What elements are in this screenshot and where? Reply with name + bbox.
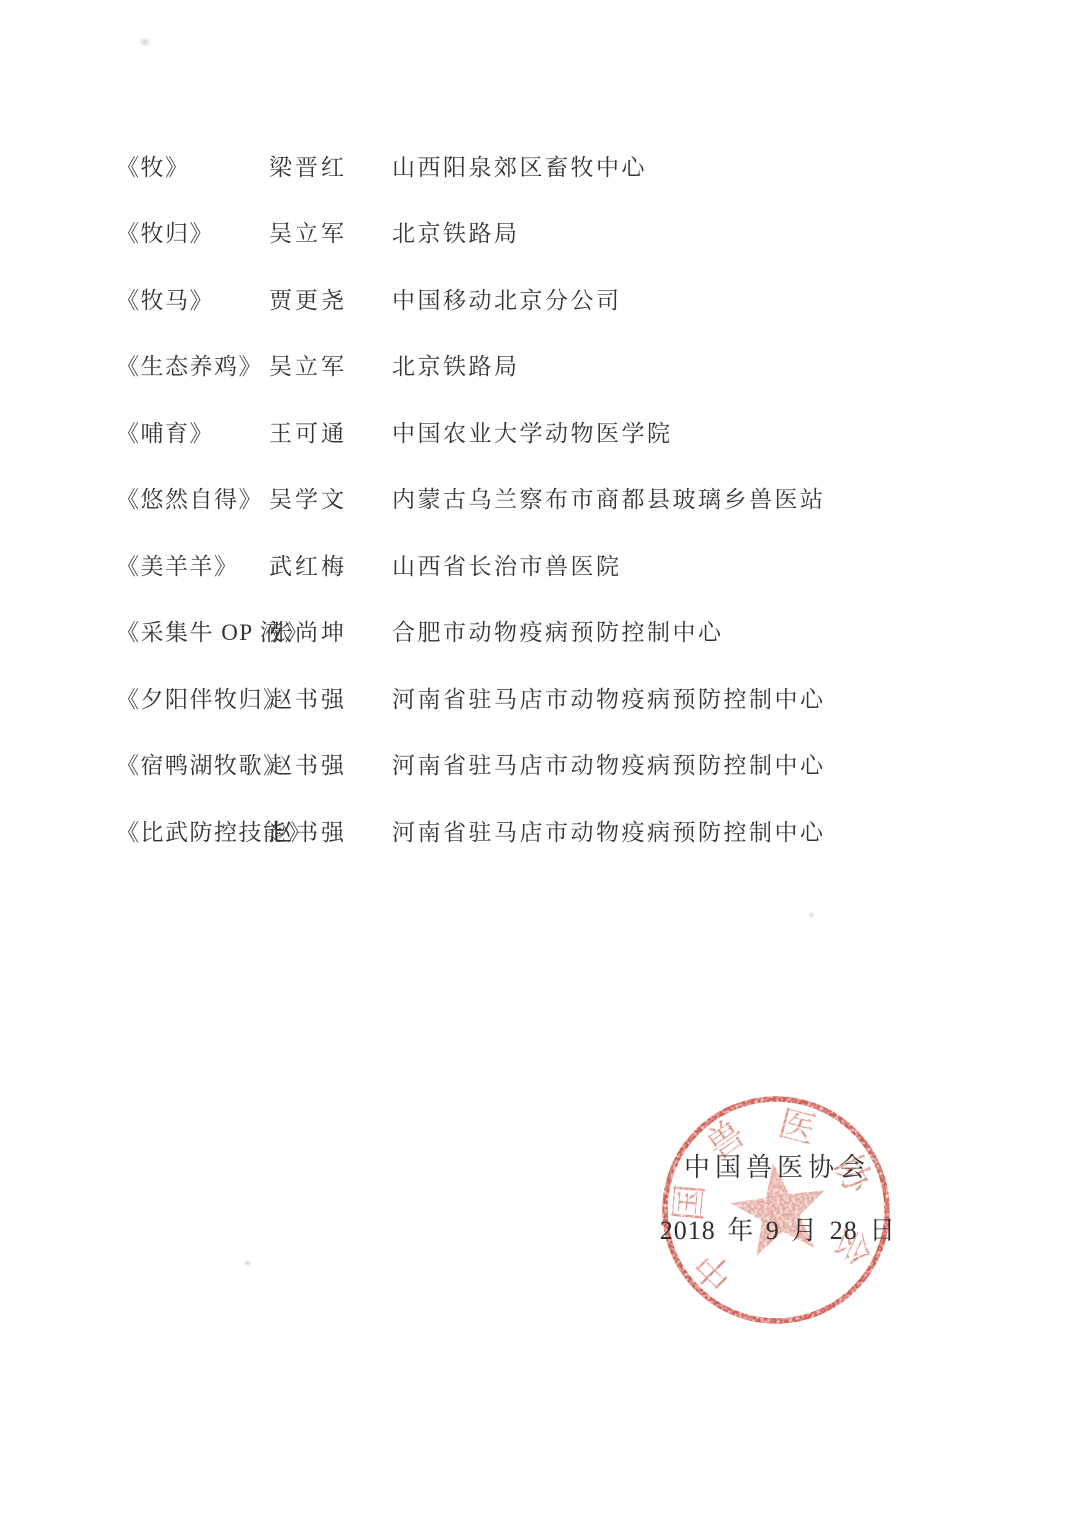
artwork-title: 《悠然自得》 — [0, 481, 269, 514]
seal-ring-char: 中 — [687, 1243, 743, 1299]
organization: 河南省驻马店市动物疫病预防控制中心 — [392, 747, 1080, 780]
organization: 中国移动北京分公司 — [392, 282, 1080, 315]
signature-organization: 中国兽医协会 — [627, 1147, 927, 1184]
organization: 河南省驻马店市动物疫病预防控制中心 — [392, 814, 1080, 847]
scanned-document-page: 《牧》 梁晋红 山西阳泉郊区畜牧中心 《牧归》 吴立军 北京铁路局 《牧马》 贾… — [0, 0, 1080, 1528]
signature-date: 2018 年 9 月 28 日 — [628, 1210, 928, 1247]
table-row: 《悠然自得》 吴学文 内蒙古乌兰察布市商都县玻璃乡兽医站 — [0, 465, 1080, 532]
author-name: 赵书强 — [269, 814, 392, 847]
artwork-title: 《采集牛 OP 液》 — [0, 614, 269, 647]
artwork-title: 《牧》 — [0, 149, 269, 182]
author-name: 王可通 — [269, 415, 392, 448]
artwork-title: 《宿鸭湖牧歌》 — [0, 747, 269, 780]
artwork-title: 《美羊羊》 — [0, 548, 269, 581]
table-row: 《哺育》 王可通 中国农业大学动物医学院 — [0, 398, 1080, 465]
organization: 北京铁路局 — [392, 215, 1080, 248]
organization: 北京铁路局 — [392, 348, 1080, 381]
artwork-title: 《牧归》 — [0, 215, 269, 248]
table-row: 《采集牛 OP 液》 张尚坤 合肥市动物疫病预防控制中心 — [0, 598, 1080, 665]
artwork-title: 《比武防控技能》 — [0, 814, 269, 847]
scan-artifact — [808, 912, 815, 918]
author-name: 武红梅 — [269, 548, 392, 581]
table-row: 《生态养鸡》 吴立军 北京铁路局 — [0, 332, 1080, 399]
author-name: 吴学文 — [269, 481, 392, 514]
table-row: 《宿鸭湖牧歌》 赵书强 河南省驻马店市动物疫病预防控制中心 — [0, 731, 1080, 798]
author-name: 吴立军 — [269, 215, 392, 248]
organization: 中国农业大学动物医学院 — [392, 415, 1080, 448]
author-name: 吴立军 — [269, 348, 392, 381]
author-name: 梁晋红 — [269, 149, 392, 182]
table-row: 《夕阳伴牧归》 赵书强 河南省驻马店市动物疫病预防控制中心 — [0, 664, 1080, 731]
table-row: 《美羊羊》 武红梅 山西省长治市兽医院 — [0, 531, 1080, 598]
scan-artifact — [138, 38, 152, 46]
artwork-title: 《夕阳伴牧归》 — [0, 681, 269, 714]
table-row: 《牧》 梁晋红 山西阳泉郊区畜牧中心 — [0, 132, 1080, 199]
organization: 河南省驻马店市动物疫病预防控制中心 — [392, 681, 1080, 714]
table-row: 《比武防控技能》 赵书强 河南省驻马店市动物疫病预防控制中心 — [0, 797, 1080, 864]
artwork-title: 《哺育》 — [0, 415, 269, 448]
author-name: 贾更尧 — [269, 282, 392, 315]
organization: 内蒙古乌兰察布市商都县玻璃乡兽医站 — [392, 481, 1080, 514]
organization: 合肥市动物疫病预防控制中心 — [392, 614, 1080, 647]
artwork-title: 《生态养鸡》 — [0, 348, 269, 381]
organization: 山西省长治市兽医院 — [392, 548, 1080, 581]
table-row: 《牧归》 吴立军 北京铁路局 — [0, 199, 1080, 266]
author-name: 赵书强 — [269, 747, 392, 780]
seal-ring-char: 医 — [774, 1103, 820, 1152]
author-name: 赵书强 — [269, 681, 392, 714]
author-name: 张尚坤 — [269, 614, 392, 647]
scan-artifact — [243, 1260, 252, 1266]
award-entry-list: 《牧》 梁晋红 山西阳泉郊区畜牧中心 《牧归》 吴立军 北京铁路局 《牧马》 贾… — [0, 132, 1080, 864]
organization: 山西阳泉郊区畜牧中心 — [392, 149, 1080, 182]
artwork-title: 《牧马》 — [0, 282, 269, 315]
table-row: 《牧马》 贾更尧 中国移动北京分公司 — [0, 265, 1080, 332]
